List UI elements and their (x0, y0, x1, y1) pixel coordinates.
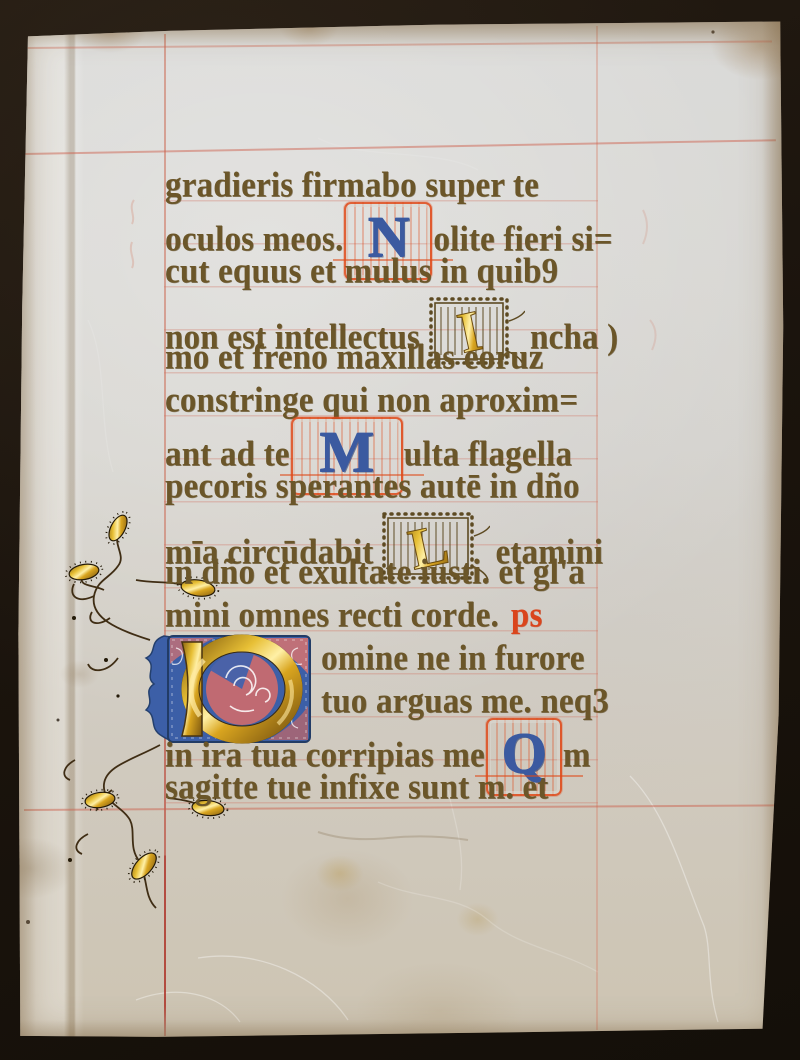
edge-shading (18, 20, 784, 1042)
photo-background: { "artifact": { "kind": "illuminated man… (0, 0, 800, 1060)
manuscript-leaf: D gradieris firmabo super teoculos meos.… (18, 20, 784, 1042)
